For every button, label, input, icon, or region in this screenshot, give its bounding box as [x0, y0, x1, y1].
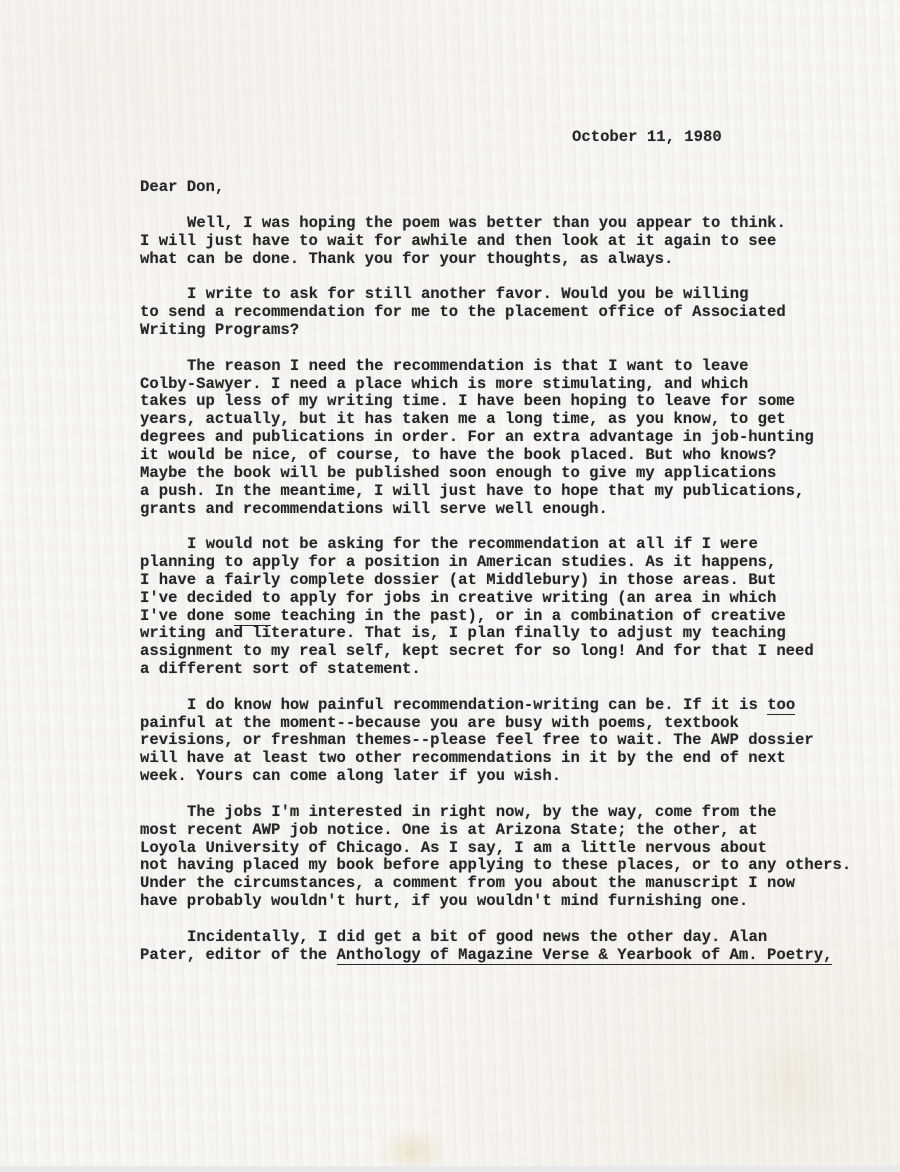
typewritten-letter: October 11, 1980 Dear Don, Well, I was h… — [0, 0, 900, 1172]
letter-date: October 11, 1980 — [572, 129, 722, 147]
letter-line: have probably wouldn't hurt, if you woul… — [140, 893, 880, 911]
letter-line: Under the circumstances, a comment from … — [140, 875, 880, 893]
text-segment: Well, I was hoping the poem was better t… — [187, 214, 786, 232]
letter-line: not having placed my book before applyin… — [140, 857, 880, 875]
letter-line: I have a fairly complete dossier (at Mid… — [140, 572, 880, 590]
letter-line: assignment to my real self, kept secret … — [140, 643, 880, 661]
text-segment: I write to ask for still another favor. … — [187, 285, 748, 303]
letter-line: writing and literature. That is, I plan … — [140, 625, 880, 643]
paragraph: I would not be asking for the recommenda… — [140, 536, 880, 679]
letter-line: grants and recommendations will serve we… — [140, 501, 880, 519]
letter-line: takes up less of my writing time. I have… — [140, 393, 880, 411]
text-segment: Colby-Sawyer. I need a place which is mo… — [140, 375, 748, 393]
letter-line: Maybe the book will be published soon en… — [140, 465, 880, 483]
letter-line: Well, I was hoping the poem was better t… — [140, 215, 880, 233]
letter-line: I do know how painful recommendation-wri… — [140, 697, 880, 715]
letter-line: I will just have to wait for awhile and … — [140, 233, 880, 251]
text-segment: have probably wouldn't hurt, if you woul… — [140, 892, 748, 910]
letter-line: what can be done. Thank you for your tho… — [140, 251, 880, 269]
letter-line: it would be nice, of course, to have the… — [140, 447, 880, 465]
text-segment: Writing Programs? — [140, 321, 299, 339]
letter-line: I've decided to apply for jobs in creati… — [140, 590, 880, 608]
text-segment: The jobs I'm interested in right now, by… — [187, 803, 777, 821]
text-segment: assignment to my real self, kept secret … — [140, 642, 814, 660]
letter-line: years, actually, but it has taken me a l… — [140, 411, 880, 429]
text-segment: Maybe the book will be published soon en… — [140, 464, 776, 482]
letter-line: painful at the moment--because you are b… — [140, 715, 880, 733]
text-segment: grants and recommendations will serve we… — [140, 500, 608, 518]
underlined-text: Anthology of Magazine Verse & Yearbook o… — [337, 946, 833, 966]
text-segment: I do know how painful recommendation-wri… — [187, 696, 767, 714]
paragraph: I do know how painful recommendation-wri… — [140, 697, 880, 786]
paragraph: The jobs I'm interested in right now, by… — [140, 804, 880, 911]
text-segment: Loyola University of Chicago. As I say, … — [140, 839, 767, 857]
text-segment: a push. In the meantime, I will just hav… — [140, 482, 804, 500]
text-segment: most recent AWP job notice. One is at Ar… — [140, 821, 758, 839]
text-segment: teaching in the past), or in a combinati… — [271, 607, 786, 625]
letter-line: revisions, or freshman themes--please fe… — [140, 732, 880, 750]
text-segment: years, actually, but it has taken me a l… — [140, 410, 786, 428]
text-segment: The reason I need the recommendation is … — [187, 357, 748, 375]
letter-line: Pater, editor of the Anthology of Magazi… — [140, 947, 880, 965]
letter-line: Writing Programs? — [140, 322, 880, 340]
letter-line: planning to apply for a position in Amer… — [140, 554, 880, 572]
text-segment: will have at least two other recommendat… — [140, 749, 786, 767]
text-segment: writing and literature. That is, I plan … — [140, 624, 786, 642]
letter-line: a push. In the meantime, I will just hav… — [140, 483, 880, 501]
text-segment: Pater, editor of the — [140, 946, 337, 964]
scan-bottom-edge — [0, 1166, 900, 1172]
letter-page: October 11, 1980 Dear Don, Well, I was h… — [0, 0, 900, 1172]
letter-line: I've done some teaching in the past), or… — [140, 608, 880, 626]
text-segment: to send a recommendation for me to the p… — [140, 303, 786, 321]
paragraph: I write to ask for still another favor. … — [140, 286, 880, 340]
paragraph: Incidentally, I did get a bit of good ne… — [140, 929, 880, 965]
letter-salutation: Dear Don, — [140, 179, 224, 197]
letter-body: Well, I was hoping the poem was better t… — [140, 215, 880, 964]
underlined-text: too — [767, 696, 795, 716]
paragraph: The reason I need the recommendation is … — [140, 358, 880, 519]
text-segment: I would not be asking for the recommenda… — [187, 535, 758, 553]
letter-line: a different sort of statement. — [140, 661, 880, 679]
text-segment: painful at the moment--because you are b… — [140, 714, 739, 732]
text-segment: planning to apply for a position in Amer… — [140, 553, 776, 571]
letter-line: Loyola University of Chicago. As I say, … — [140, 840, 880, 858]
text-segment: degrees and publications in order. For a… — [140, 428, 814, 446]
letter-line: I would not be asking for the recommenda… — [140, 536, 880, 554]
text-segment: what can be done. Thank you for your tho… — [140, 250, 673, 268]
text-segment: I will just have to wait for awhile and … — [140, 232, 776, 250]
letter-line: Incidentally, I did get a bit of good ne… — [140, 929, 880, 947]
letter-line: The jobs I'm interested in right now, by… — [140, 804, 880, 822]
text-segment: revisions, or freshman themes--please fe… — [140, 731, 814, 749]
text-segment: a different sort of statement. — [140, 660, 421, 678]
letter-line: Colby-Sawyer. I need a place which is mo… — [140, 376, 880, 394]
paragraph: Well, I was hoping the poem was better t… — [140, 215, 880, 269]
text-segment: I've decided to apply for jobs in creati… — [140, 589, 776, 607]
letter-line: most recent AWP job notice. One is at Ar… — [140, 822, 880, 840]
letter-line: to send a recommendation for me to the p… — [140, 304, 880, 322]
text-segment: Incidentally, I did get a bit of good ne… — [187, 928, 767, 946]
text-segment: it would be nice, of course, to have the… — [140, 446, 776, 464]
letter-line: will have at least two other recommendat… — [140, 750, 880, 768]
letter-line: The reason I need the recommendation is … — [140, 358, 880, 376]
text-segment: takes up less of my writing time. I have… — [140, 392, 795, 410]
text-segment: Under the circumstances, a comment from … — [140, 874, 795, 892]
letter-line: degrees and publications in order. For a… — [140, 429, 880, 447]
text-segment: I've done — [140, 607, 234, 625]
letter-line: week. Yours can come along later if you … — [140, 768, 880, 786]
text-segment: not having placed my book before applyin… — [140, 856, 851, 874]
letter-line: I write to ask for still another favor. … — [140, 286, 880, 304]
text-segment: I have a fairly complete dossier (at Mid… — [140, 571, 776, 589]
text-segment: week. Yours can come along later if you … — [140, 767, 561, 785]
